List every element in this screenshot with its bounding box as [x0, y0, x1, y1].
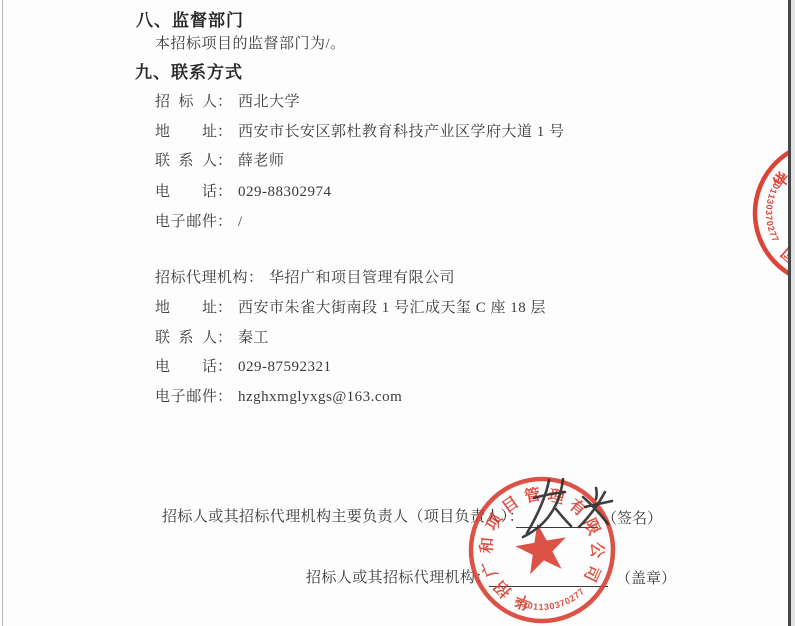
svg-text:3: 3 [765, 198, 776, 205]
agency-name-value: 华招广和项目管理有限公司 [269, 270, 455, 286]
tenderer-name-row: 招 标 人：西北大学 [155, 90, 300, 111]
svg-text:0: 0 [563, 595, 572, 606]
svg-text:公: 公 [588, 542, 606, 559]
colon: ： [248, 266, 263, 287]
official-seal: 华招广和项目管理有限公司6101130370277 [460, 468, 625, 626]
tenderer-phone-value: 029-88302974 [238, 184, 332, 200]
agency-name-label: 招标代理机构 [155, 266, 248, 287]
svg-text:1: 1 [532, 601, 538, 612]
agency-address-value: 西安市朱雀大街南段 1 号汇成天玺 C 座 18 层 [238, 300, 546, 316]
svg-text:7: 7 [576, 586, 586, 597]
svg-text:7: 7 [558, 598, 566, 609]
colon: ： [217, 180, 232, 201]
tenderer-name-label: 招 标 人 [155, 90, 217, 111]
colon: ： [217, 90, 232, 111]
agency-phone-label: 电 话 [155, 355, 217, 376]
tenderer-phone-row: 电 话：029-88302974 [155, 180, 332, 201]
svg-text:0: 0 [549, 601, 556, 612]
svg-text:1: 1 [538, 602, 543, 612]
stamp-suffix: （盖章） [616, 567, 676, 588]
svg-text:0: 0 [764, 204, 774, 210]
page-left-edge [2, 0, 3, 626]
svg-text:司: 司 [580, 562, 604, 585]
section-9-heading: 九、联系方式 [135, 58, 243, 83]
svg-text:招: 招 [490, 577, 515, 602]
handwritten-signature [523, 479, 612, 537]
tenderer-contact-value: 薛老师 [238, 153, 285, 169]
tenderer-contact-label: 联 系 人 [155, 149, 217, 170]
tenderer-address-row: 地 址：西安市长安区郭杜教育科技产业区学府大道 1 号 [155, 120, 565, 141]
svg-text:理: 理 [546, 486, 567, 508]
scan-background-strip [791, 0, 795, 626]
svg-text:3: 3 [764, 210, 774, 215]
svg-text:华: 华 [512, 590, 534, 613]
svg-text:1: 1 [773, 177, 784, 187]
svg-text:和: 和 [477, 536, 497, 554]
agency-address-row: 地 址：西安市朱雀大街南段 1 号汇成天玺 C 座 18 层 [155, 296, 546, 317]
svg-text:1: 1 [766, 192, 777, 200]
agency-stamp-label: 招标人或其招标代理机构： [306, 566, 491, 587]
colon: ： [217, 149, 232, 170]
tenderer-email-row: 电子邮件：/ [155, 210, 243, 231]
colon: ： [217, 210, 232, 231]
agency-email-value: hzghxmglyxgs@163.com [238, 389, 402, 405]
agency-contact-row: 联 系 人：秦工 [155, 326, 269, 347]
tenderer-name-value: 西北大学 [238, 94, 300, 110]
svg-text:2: 2 [766, 225, 777, 233]
svg-text:6: 6 [776, 172, 787, 182]
agency-contact-label: 联 系 人 [155, 326, 217, 347]
svg-text:7: 7 [572, 590, 582, 601]
tenderer-email-label: 电子邮件 [155, 210, 217, 231]
tenderer-address-label: 地 址 [155, 120, 217, 141]
colon: ： [217, 385, 232, 406]
supervising-department-text: 本招标项目的监督部门为/。 [155, 32, 346, 53]
agency-contact-value: 秦工 [238, 330, 269, 346]
agency-email-label: 电子邮件 [155, 385, 217, 406]
responsible-person-signature-label: 招标人或其招标代理机构主要负责人（项目负责人）： [162, 505, 524, 526]
svg-text:7: 7 [764, 215, 774, 221]
svg-text:7: 7 [767, 230, 778, 238]
svg-text:0: 0 [765, 220, 776, 227]
colon: ： [217, 296, 232, 317]
colon: ： [217, 355, 232, 376]
agency-name-row: 招标代理机构：华招广和项目管理有限公司 [155, 266, 455, 287]
signature-suffix: （签名） [602, 507, 662, 528]
svg-text:2: 2 [567, 593, 577, 604]
agency-email-row: 电子邮件：hzghxmglyxgs@163.com [155, 385, 402, 406]
agency-address-label: 地 址 [155, 296, 217, 317]
section-8-heading: 八、监督部门 [136, 6, 244, 31]
colon: ： [217, 326, 232, 347]
svg-text:1: 1 [521, 599, 529, 610]
svg-text:6: 6 [515, 597, 524, 608]
svg-text:7: 7 [770, 234, 781, 243]
agency-phone-value: 029-87592321 [238, 359, 332, 375]
tenderer-phone-label: 电 话 [155, 180, 217, 201]
signature-line [516, 527, 598, 528]
svg-text:3: 3 [553, 599, 561, 610]
tenderer-address-value: 西安市长安区郭杜教育科技产业区学府大道 1 号 [238, 124, 565, 140]
svg-text:0: 0 [527, 600, 534, 611]
tenderer-contact-row: 联 系 人：薛老师 [155, 149, 285, 170]
agency-phone-row: 电 话：029-87592321 [155, 355, 332, 376]
svg-text:1: 1 [768, 187, 779, 195]
svg-text:3: 3 [544, 602, 550, 612]
tenderer-email-value: / [238, 214, 243, 230]
svg-text:管: 管 [523, 485, 542, 506]
colon: ： [217, 120, 232, 141]
svg-text:有: 有 [565, 495, 589, 520]
document-page: 八、监督部门 本招标项目的监督部门为/。 九、联系方式 招 标 人：西北大学 地… [0, 0, 795, 626]
svg-text:0: 0 [770, 182, 781, 191]
stamp-line [489, 586, 608, 587]
